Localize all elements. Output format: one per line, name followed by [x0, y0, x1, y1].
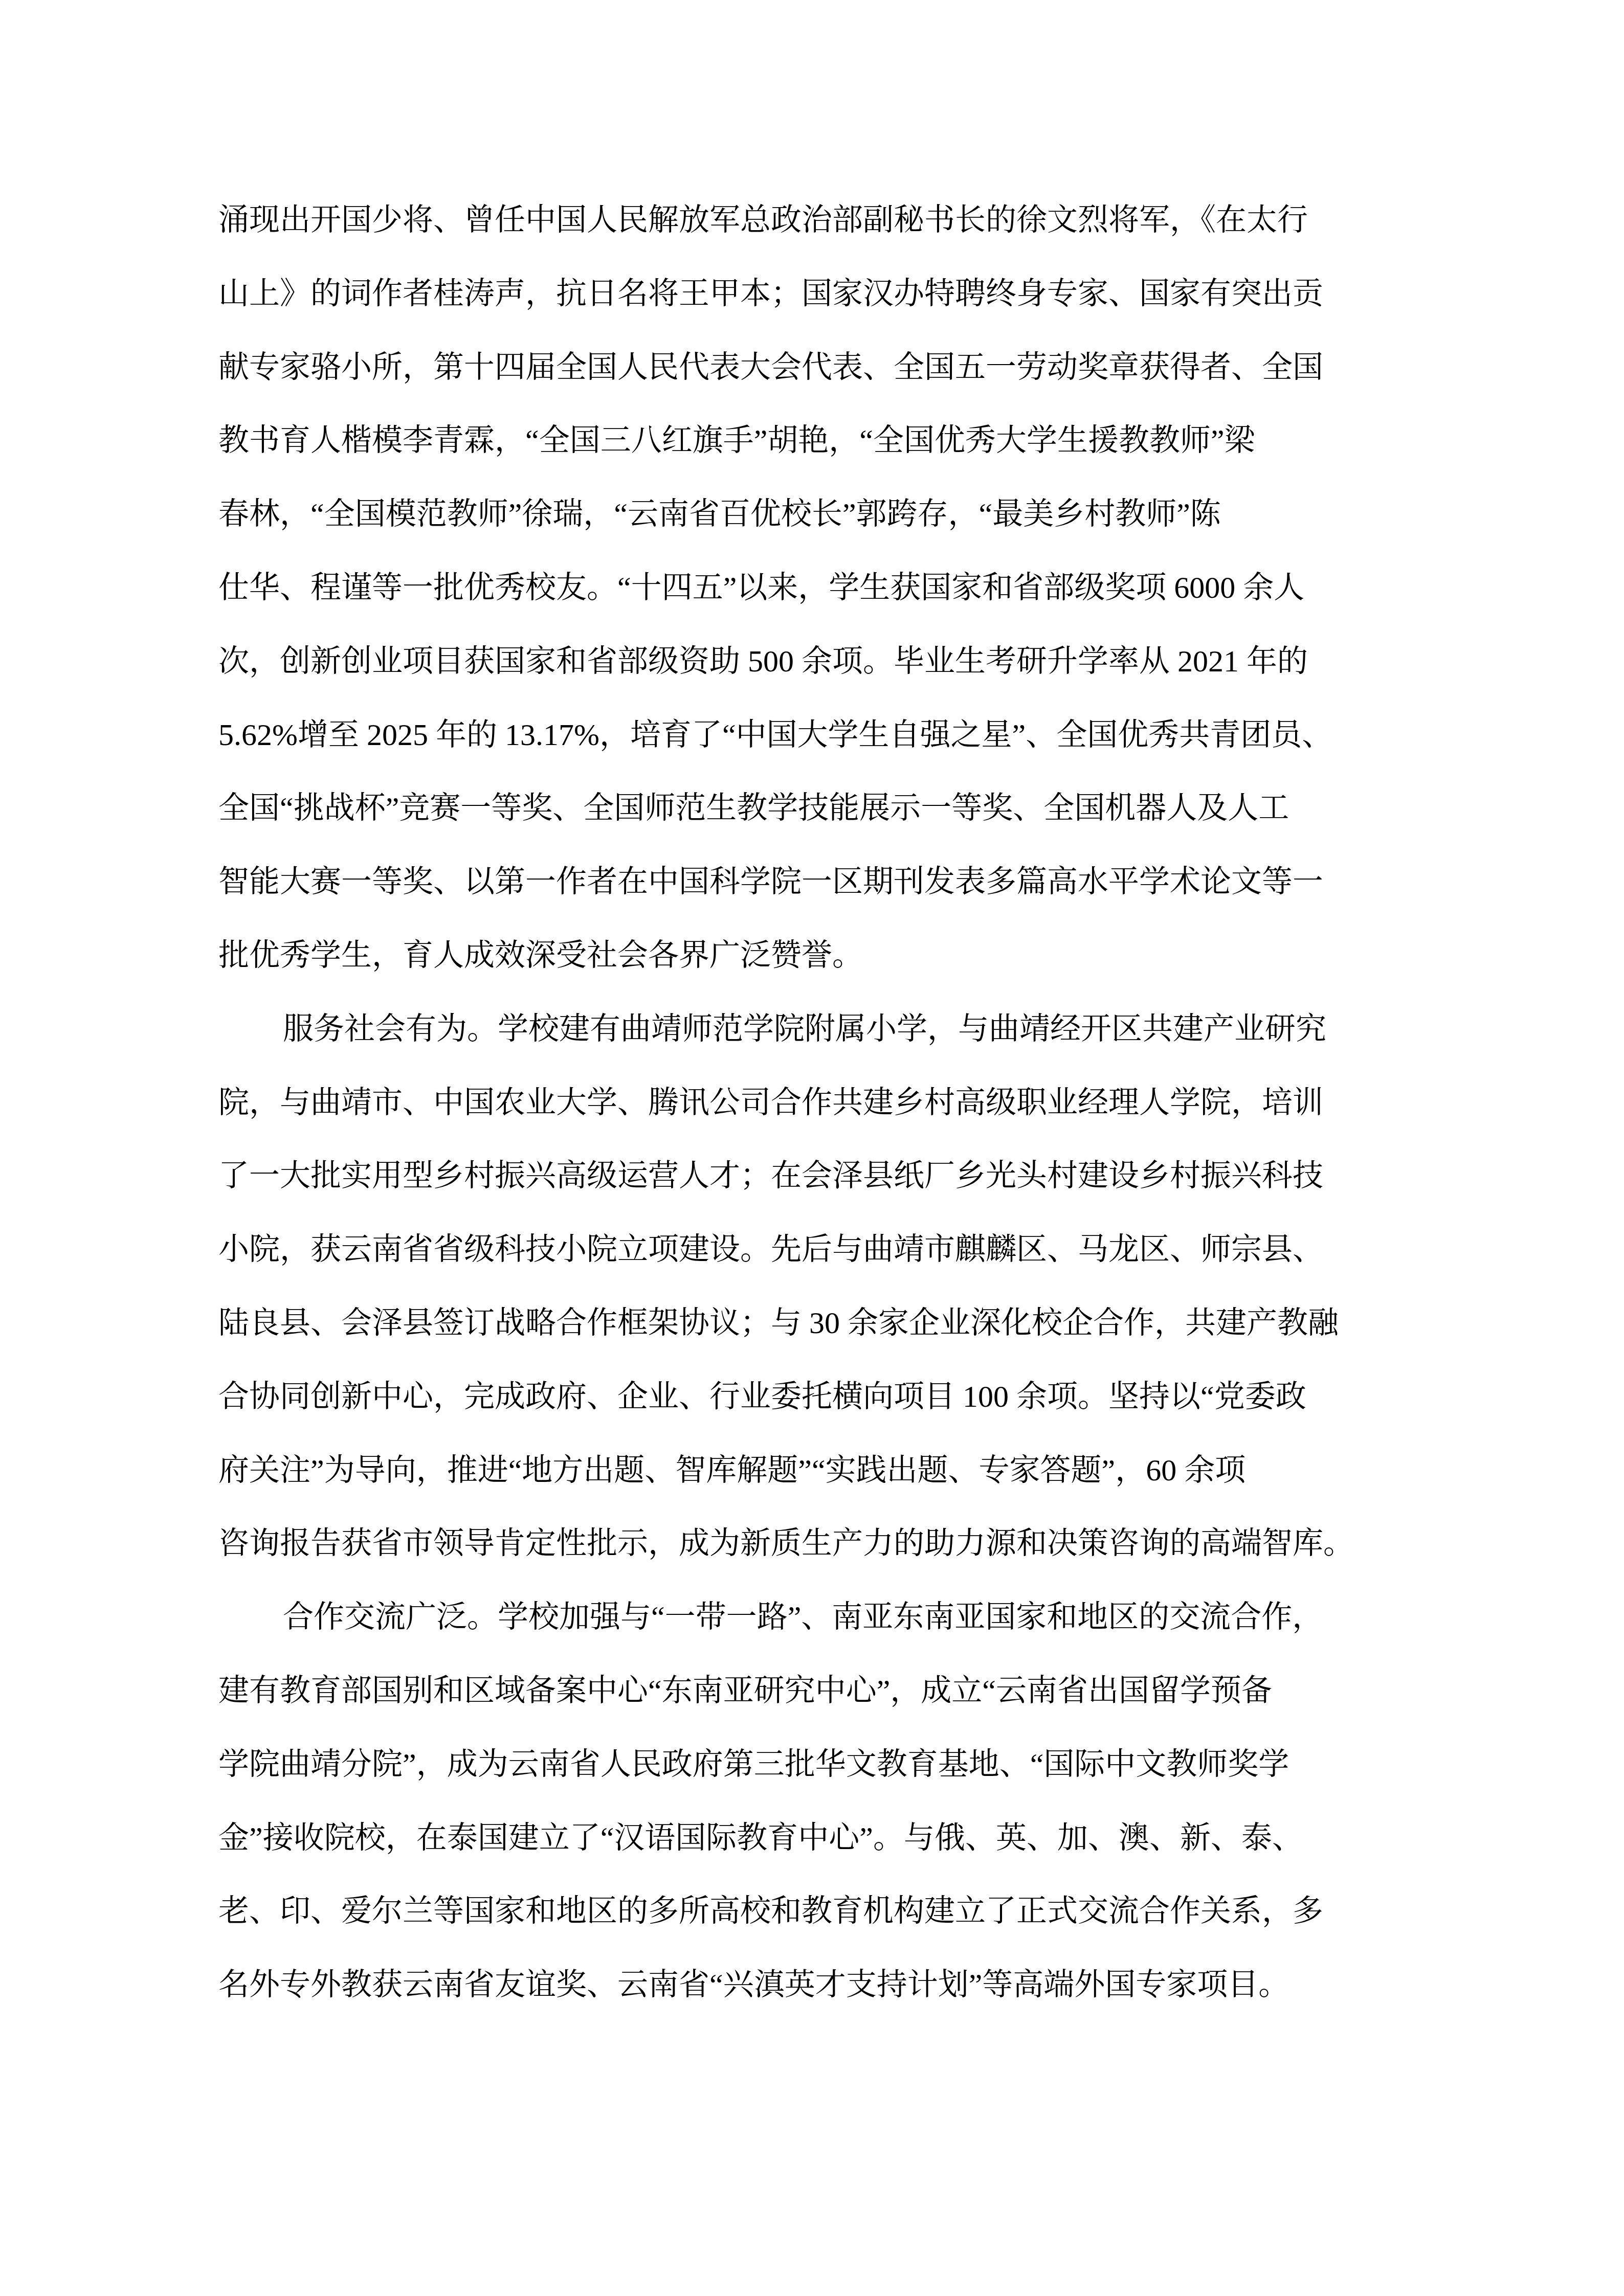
paragraph-3-line: 金”接收院校，在泰国建立了“汉语国际教育中心”。与俄、英、加、澳、新、泰、	[218, 1812, 1303, 1863]
paragraph-1-line: 智能大赛一等奖、以第一作者在中国科学院一区期刊发表多篇高水平学术论文等一	[218, 856, 1323, 907]
paragraph-1-line: 山上》的词作者桂涛声，抗日名将王甲本；国家汉办特聘终身专家、国家有突出贡	[218, 268, 1323, 319]
paragraph-1-line: 次，创新创业项目获国家和省部级资助 500 余项。毕业生考研升学率从 2021 …	[218, 636, 1308, 687]
paragraph-1-line: 5.62%增至 2025 年的 13.17%，培育了“中国大学生自强之星”、全国…	[218, 709, 1332, 760]
paragraph-3-line: 合作交流广泛。学校加强与“一带一路”、南亚东南亚国家和地区的交流合作，	[283, 1591, 1323, 1642]
paragraph-2-line: 陆良县、会泽县签订战略合作框架协议；与 30 余家企业深化校企合作，共建产教融	[218, 1297, 1339, 1348]
paragraph-2-line: 小院，获云南省省级科技小院立项建设。先后与曲靖市麒麟区、马龙区、师宗县、	[218, 1224, 1323, 1275]
paragraph-1-line: 献专家骆小所，第十四届全国人民代表大会代表、全国五一劳动奖章获得者、全国	[218, 342, 1323, 393]
document-page: 涌现出开国少将、曾任中国人民解放军总政治部副秘书长的徐文烈将军，《在太行 山上》…	[0, 0, 1624, 2296]
paragraph-1-line: 批优秀学生，育人成效深受社会各界广泛赞誉。	[218, 930, 863, 981]
paragraph-1-line: 仕华、程谨等一批优秀校友。“十四五”以来，学生获国家和省部级奖项 6000 余人	[218, 562, 1304, 613]
paragraph-2-line: 府关注”为导向，推进“地方出题、智库解题”“实践出题、专家答题”，60 余项	[218, 1445, 1245, 1496]
paragraph-2-line: 院，与曲靖市、中国农业大学、腾讯公司合作共建乡村高级职业经理人学院，培训	[218, 1077, 1323, 1128]
paragraph-3-line: 老、印、爱尔兰等国家和地区的多所高校和教育机构建立了正式交流合作关系，多	[218, 1885, 1323, 1937]
paragraph-1-line: 教书育人楷模李青霖，“全国三八红旗手”胡艳，“全国优秀大学生援教教师”梁	[218, 415, 1255, 466]
paragraph-3-line: 学院曲靖分院”，成为云南省人民政府第三批华文教育基地、“国际中文教师奖学	[218, 1739, 1289, 1790]
paragraph-1-line: 全国“挑战杯”竞赛一等奖、全国师范生教学技能展示一等奖、全国机器人及人工	[218, 782, 1289, 834]
paragraph-2-line: 合协同创新中心，完成政府、企业、行业委托横向项目 100 余项。坚持以“党委政	[218, 1371, 1306, 1422]
paragraph-2-line: 咨询报告获省市领导肯定性批示，成为新质生产力的助力源和决策咨询的高端智库。	[218, 1518, 1354, 1569]
paragraph-2-line: 服务社会有为。学校建有曲靖师范学院附属小学，与曲靖经开区共建产业研究	[283, 1003, 1326, 1054]
paragraph-1-line: 涌现出开国少将、曾任中国人民解放军总政治部副秘书长的徐文烈将军，《在太行	[218, 194, 1308, 245]
paragraph-1-line: 春林，“全国模范教师”徐瑞，“云南省百优校长”郭跨存，“最美乡村教师”陈	[218, 488, 1221, 539]
paragraph-2-line: 了一大批实用型乡村振兴高级运营人才；在会泽县纸厂乡光头村建设乡村振兴科技	[218, 1150, 1323, 1201]
paragraph-3-line: 建有教育部国别和区域备案中心“东南亚研究中心”，成立“云南省出国留学预备	[218, 1665, 1272, 1716]
paragraph-3-line: 名外专外教获云南省友谊奖、云南省“兴滇英才支持计划”等高端外国专家项目。	[218, 1959, 1289, 2010]
